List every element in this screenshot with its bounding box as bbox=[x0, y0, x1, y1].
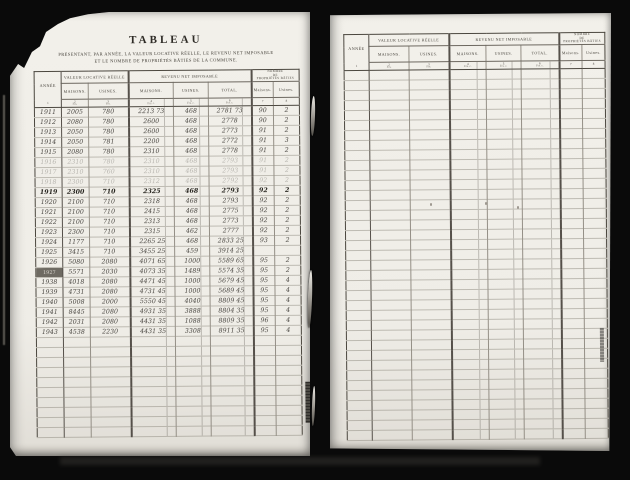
value-cell: 90 bbox=[251, 106, 273, 116]
value-cell bbox=[175, 346, 210, 356]
value-cell bbox=[523, 259, 561, 269]
col-rni-usines: USINES. bbox=[486, 45, 521, 61]
value-cell bbox=[488, 339, 523, 349]
value-cell: 8804 35 bbox=[210, 306, 253, 316]
value-cell bbox=[585, 408, 608, 418]
value-cell bbox=[211, 426, 254, 436]
value-cell: 2 bbox=[273, 105, 299, 115]
value-cell bbox=[523, 339, 561, 349]
value-cell: 2300 bbox=[62, 227, 89, 237]
value-cell bbox=[561, 319, 584, 329]
value-cell: 4471 45 bbox=[130, 276, 175, 286]
year-cell bbox=[345, 220, 370, 230]
value-cell bbox=[369, 90, 409, 100]
value-cell bbox=[451, 249, 488, 259]
value-cell bbox=[276, 365, 302, 375]
value-cell bbox=[451, 339, 488, 349]
value-cell bbox=[275, 245, 301, 255]
value-cell bbox=[584, 238, 607, 248]
value-cell bbox=[489, 399, 524, 409]
col-nb-maisons: Maisons. bbox=[251, 82, 273, 98]
value-cell bbox=[409, 70, 449, 80]
value-cell bbox=[487, 229, 522, 239]
value-cell bbox=[175, 336, 210, 346]
value-cell bbox=[560, 169, 583, 179]
value-cell bbox=[585, 348, 608, 358]
value-cell bbox=[91, 417, 131, 427]
value-cell: 459 bbox=[175, 246, 210, 256]
value-cell: 2080 bbox=[90, 317, 130, 327]
year-cell: 1940 bbox=[36, 297, 63, 307]
year-cell: 1926 bbox=[36, 257, 63, 267]
value-cell bbox=[254, 415, 276, 425]
col-num: 8 bbox=[582, 60, 605, 68]
left-register-table: ANNÉE VALEUR LOCATIVE RÉELLE REVENU NET … bbox=[34, 69, 303, 438]
value-cell bbox=[276, 425, 302, 435]
value-cell: 2781 73 bbox=[208, 106, 251, 116]
value-cell bbox=[583, 138, 606, 148]
year-cell: 1911 bbox=[34, 107, 61, 117]
value-cell bbox=[561, 279, 584, 289]
value-cell bbox=[412, 410, 452, 420]
value-cell bbox=[412, 370, 452, 380]
value-cell bbox=[562, 369, 585, 379]
value-cell bbox=[560, 159, 583, 169]
value-cell bbox=[488, 239, 523, 249]
value-cell bbox=[521, 69, 559, 79]
value-cell: 8911 35 bbox=[210, 326, 253, 336]
value-cell bbox=[253, 246, 275, 256]
value-cell bbox=[276, 395, 302, 405]
year-cell bbox=[37, 377, 64, 387]
value-cell bbox=[524, 349, 562, 359]
value-cell bbox=[63, 337, 90, 347]
value-cell: 2793 bbox=[209, 196, 252, 206]
value-cell bbox=[176, 396, 211, 406]
value-cell bbox=[371, 280, 411, 290]
value-cell: 2 bbox=[275, 265, 301, 275]
value-cell bbox=[584, 248, 607, 258]
year-cell bbox=[37, 407, 64, 417]
value-cell: 2310 bbox=[62, 157, 89, 167]
value-cell: 3308 bbox=[175, 326, 210, 336]
year-cell bbox=[345, 150, 370, 160]
value-cell: 2080 bbox=[90, 287, 130, 297]
value-cell bbox=[487, 149, 522, 159]
year-cell: 1924 bbox=[36, 237, 63, 247]
value-cell bbox=[211, 416, 254, 426]
value-cell bbox=[487, 119, 522, 129]
value-cell: 2030 bbox=[90, 267, 130, 277]
value-cell: 710 bbox=[90, 247, 130, 257]
year-cell bbox=[347, 400, 372, 410]
value-cell bbox=[560, 119, 583, 129]
year-cell: 1941 bbox=[36, 307, 63, 317]
year-cell bbox=[347, 410, 372, 420]
value-cell bbox=[411, 300, 451, 310]
value-cell bbox=[488, 329, 523, 339]
year-cell: 1922 bbox=[35, 217, 62, 227]
value-cell bbox=[562, 359, 585, 369]
left-table-body: 191120057802213 734682781 73902191220807… bbox=[34, 105, 302, 437]
year-cell bbox=[347, 390, 372, 400]
value-cell bbox=[584, 318, 607, 328]
value-cell: 2080 bbox=[90, 257, 130, 267]
year-cell bbox=[346, 260, 371, 270]
year-cell: 1942 bbox=[36, 317, 63, 327]
value-cell bbox=[412, 430, 452, 440]
value-cell: 2793 bbox=[209, 156, 252, 166]
col-rni-usines: USINES. bbox=[173, 82, 208, 98]
edge-stamp-right bbox=[600, 328, 604, 362]
value-cell bbox=[275, 335, 301, 345]
value-cell bbox=[524, 369, 562, 379]
value-cell bbox=[176, 376, 211, 386]
value-cell bbox=[488, 269, 523, 279]
value-cell bbox=[488, 279, 523, 289]
value-cell bbox=[410, 230, 450, 240]
value-cell: 4040 bbox=[175, 296, 210, 306]
value-cell bbox=[275, 345, 301, 355]
value-cell bbox=[411, 280, 451, 290]
value-cell bbox=[371, 320, 411, 330]
value-cell: 2312 bbox=[129, 176, 174, 186]
col-annee: ANNÉE bbox=[34, 71, 61, 99]
value-cell bbox=[450, 229, 487, 239]
value-cell: 91 bbox=[252, 146, 274, 156]
value-cell: 710 bbox=[89, 207, 129, 217]
year-cell bbox=[346, 300, 371, 310]
value-cell bbox=[91, 357, 131, 367]
value-cell bbox=[583, 208, 606, 218]
value-cell bbox=[410, 220, 450, 230]
value-cell bbox=[63, 347, 90, 357]
value-cell bbox=[450, 179, 487, 189]
value-cell bbox=[524, 409, 562, 419]
value-cell bbox=[370, 190, 410, 200]
value-cell: 8445 bbox=[63, 307, 90, 317]
value-cell bbox=[560, 179, 583, 189]
value-cell bbox=[585, 358, 608, 368]
value-cell bbox=[64, 397, 91, 407]
year-cell bbox=[346, 240, 371, 250]
value-cell: 92 bbox=[252, 216, 274, 226]
value-cell: 5689 45 bbox=[210, 286, 253, 296]
value-cell bbox=[91, 427, 131, 437]
value-cell bbox=[451, 329, 488, 339]
value-cell bbox=[583, 158, 606, 168]
value-cell bbox=[486, 89, 521, 99]
value-cell: 781 bbox=[89, 137, 129, 147]
value-cell bbox=[370, 220, 410, 230]
value-cell bbox=[91, 377, 131, 387]
value-cell bbox=[524, 429, 562, 439]
value-cell bbox=[488, 249, 523, 259]
value-cell bbox=[522, 119, 560, 129]
value-cell: 93 bbox=[253, 236, 275, 246]
value-cell bbox=[412, 390, 452, 400]
col-nb-usines: Usines. bbox=[273, 81, 299, 97]
value-cell bbox=[369, 80, 409, 90]
value-cell: 468 bbox=[173, 106, 208, 116]
value-cell: 2230 bbox=[90, 327, 130, 337]
value-cell bbox=[452, 349, 489, 359]
value-cell bbox=[489, 359, 524, 369]
value-cell bbox=[585, 378, 608, 388]
value-cell bbox=[254, 425, 276, 435]
binding-stitch bbox=[311, 386, 315, 426]
value-cell bbox=[410, 160, 450, 170]
value-cell: 2050 bbox=[62, 137, 89, 147]
value-cell bbox=[487, 219, 522, 229]
value-cell: 2600 bbox=[129, 126, 174, 136]
value-cell bbox=[584, 268, 607, 278]
value-cell bbox=[559, 89, 582, 99]
value-cell bbox=[411, 260, 451, 270]
value-cell bbox=[487, 129, 522, 139]
empty-row bbox=[37, 425, 302, 437]
value-cell bbox=[489, 389, 524, 399]
value-cell: 4 bbox=[275, 275, 301, 285]
value-cell bbox=[523, 299, 561, 309]
value-cell bbox=[559, 109, 582, 119]
col-rni-total: TOTAL. bbox=[521, 45, 559, 61]
value-cell: 2080 bbox=[61, 117, 88, 127]
value-cell bbox=[487, 139, 522, 149]
value-cell bbox=[211, 376, 254, 386]
value-cell: 468 bbox=[175, 236, 210, 246]
group-nombre-proprietes: NOMBRE DE PROPRIÉTÉS BÂTIES bbox=[559, 32, 605, 44]
value-cell: 2310 bbox=[62, 167, 89, 177]
value-cell bbox=[560, 189, 583, 199]
value-cell: 2310 bbox=[129, 156, 174, 166]
value-cell bbox=[451, 279, 488, 289]
document-subtitle: PRÉSENTANT, PAR ANNÉE, LA VALEUR LOCATIV… bbox=[33, 49, 298, 66]
value-cell bbox=[64, 407, 91, 417]
year-cell bbox=[344, 70, 369, 80]
value-cell: 780 bbox=[88, 107, 128, 117]
value-cell bbox=[371, 250, 411, 260]
year-cell bbox=[345, 130, 370, 140]
value-cell bbox=[412, 360, 452, 370]
value-cell: 2080 bbox=[90, 277, 130, 287]
value-cell: 2 bbox=[275, 255, 301, 265]
value-cell bbox=[450, 129, 487, 139]
value-cell: 2315 bbox=[129, 226, 174, 236]
value-cell bbox=[450, 149, 487, 159]
value-cell: 5550 45 bbox=[130, 296, 175, 306]
value-cell bbox=[372, 380, 412, 390]
page-title: TABLEAU bbox=[33, 33, 298, 47]
value-cell bbox=[176, 426, 211, 436]
year-cell bbox=[37, 357, 64, 367]
value-cell bbox=[253, 345, 275, 355]
value-cell bbox=[370, 200, 410, 210]
value-cell bbox=[176, 406, 211, 416]
value-cell bbox=[488, 309, 523, 319]
value-cell bbox=[450, 209, 487, 219]
value-cell: 2300 bbox=[62, 187, 89, 197]
value-cell bbox=[487, 169, 522, 179]
value-cell: 5589 65 bbox=[210, 256, 253, 266]
value-cell bbox=[488, 259, 523, 269]
col-rni-total: TOTAL. bbox=[208, 82, 251, 98]
value-cell bbox=[487, 189, 522, 199]
value-cell bbox=[372, 420, 412, 430]
value-cell: 2772 bbox=[209, 136, 252, 146]
value-cell bbox=[131, 416, 176, 426]
value-cell bbox=[523, 269, 561, 279]
value-cell: 462 bbox=[174, 226, 209, 236]
value-cell bbox=[370, 120, 410, 130]
value-cell bbox=[560, 209, 583, 219]
value-cell bbox=[583, 228, 606, 238]
year-cell bbox=[37, 417, 64, 427]
value-cell: 2325 bbox=[129, 186, 174, 196]
empty-row bbox=[347, 428, 608, 440]
year-cell bbox=[345, 190, 370, 200]
value-cell bbox=[449, 89, 486, 99]
value-cell: 90 bbox=[251, 116, 273, 126]
value-cell bbox=[371, 260, 411, 270]
value-cell: 2773 bbox=[209, 126, 252, 136]
value-cell bbox=[489, 369, 524, 379]
value-cell bbox=[585, 388, 608, 398]
value-cell bbox=[452, 429, 489, 439]
year-cell bbox=[345, 120, 370, 130]
value-cell bbox=[452, 369, 489, 379]
value-cell bbox=[64, 427, 91, 437]
value-cell bbox=[370, 230, 410, 240]
value-cell bbox=[522, 139, 560, 149]
value-cell bbox=[584, 288, 607, 298]
value-cell bbox=[410, 150, 450, 160]
value-cell: 468 bbox=[174, 156, 209, 166]
value-cell bbox=[561, 269, 584, 279]
year-cell bbox=[345, 230, 370, 240]
value-cell: 95 bbox=[253, 265, 275, 275]
value-cell: 2000 bbox=[90, 297, 130, 307]
value-cell bbox=[211, 396, 254, 406]
value-cell bbox=[523, 329, 561, 339]
value-cell bbox=[561, 329, 584, 339]
value-cell: 4731 45 bbox=[130, 286, 175, 296]
value-cell: 1000 bbox=[175, 256, 210, 266]
page-bottom-shadow bbox=[60, 457, 540, 465]
value-cell: 2213 73 bbox=[128, 106, 173, 116]
value-cell bbox=[559, 79, 582, 89]
value-cell: 780 bbox=[89, 127, 129, 137]
value-cell bbox=[583, 178, 606, 188]
value-cell bbox=[450, 169, 487, 179]
value-cell: 92 bbox=[252, 176, 274, 186]
value-cell bbox=[451, 239, 488, 249]
col-vl-maisons: MAISONS. bbox=[369, 46, 409, 62]
value-cell bbox=[91, 387, 131, 397]
value-cell: 710 bbox=[89, 187, 129, 197]
value-cell: 2773 bbox=[209, 216, 252, 226]
year-cell: 1943 bbox=[36, 327, 63, 337]
value-cell bbox=[372, 360, 412, 370]
value-cell: 4538 bbox=[63, 327, 90, 337]
value-cell: 1177 bbox=[63, 237, 90, 247]
year-cell: 1923 bbox=[35, 227, 62, 237]
value-cell bbox=[488, 299, 523, 309]
value-cell bbox=[412, 400, 452, 410]
value-cell: 2 bbox=[274, 125, 300, 135]
value-cell bbox=[411, 340, 451, 350]
value-cell: 91 bbox=[252, 136, 274, 146]
value-cell bbox=[371, 270, 411, 280]
year-cell bbox=[347, 420, 372, 430]
right-table-header: ANNÉE VALEUR LOCATIVE RÉELLE REVENU NET … bbox=[344, 32, 605, 70]
value-cell bbox=[176, 386, 211, 396]
value-cell bbox=[585, 418, 608, 428]
value-cell bbox=[211, 406, 254, 416]
year-cell: 1920 bbox=[35, 197, 62, 207]
value-cell bbox=[560, 199, 583, 209]
value-cell bbox=[370, 150, 410, 160]
binding-stitch bbox=[310, 96, 315, 136]
value-cell bbox=[371, 340, 411, 350]
value-cell: 4 bbox=[275, 305, 301, 315]
value-cell: 2777 bbox=[209, 226, 252, 236]
value-cell bbox=[585, 398, 608, 408]
value-cell bbox=[583, 148, 606, 158]
value-cell bbox=[254, 375, 276, 385]
value-cell: 5080 bbox=[63, 257, 90, 267]
year-cell bbox=[344, 90, 369, 100]
value-cell bbox=[559, 99, 582, 109]
right-page-content: ANNÉE VALEUR LOCATIVE RÉELLE REVENU NET … bbox=[328, 12, 613, 452]
value-cell bbox=[91, 367, 131, 377]
value-cell bbox=[131, 406, 176, 416]
ink-speck bbox=[485, 202, 487, 205]
year-cell bbox=[347, 370, 372, 380]
value-cell bbox=[254, 365, 276, 375]
value-cell bbox=[582, 98, 605, 108]
value-cell bbox=[489, 349, 524, 359]
value-cell bbox=[370, 180, 410, 190]
value-cell bbox=[450, 159, 487, 169]
value-cell: 5571 bbox=[63, 267, 90, 277]
year-cell bbox=[346, 340, 371, 350]
value-cell bbox=[523, 249, 561, 259]
value-cell bbox=[131, 426, 176, 436]
value-cell bbox=[561, 289, 584, 299]
value-cell bbox=[560, 129, 583, 139]
value-cell: 2300 bbox=[62, 177, 89, 187]
year-cell bbox=[345, 170, 370, 180]
ink-speck bbox=[517, 206, 519, 209]
value-cell bbox=[583, 198, 606, 208]
value-cell bbox=[560, 149, 583, 159]
value-cell: 1000 bbox=[175, 276, 210, 286]
value-cell bbox=[452, 399, 489, 409]
value-cell: 3415 bbox=[63, 247, 90, 257]
value-cell bbox=[450, 189, 487, 199]
group-revenu-net: REVENU NET IMPOSABLE bbox=[128, 70, 251, 83]
value-cell: 2600 bbox=[128, 116, 173, 126]
value-cell: 2 bbox=[274, 195, 300, 205]
value-cell bbox=[91, 407, 131, 417]
group-nombre-proprietes: NOMBRE DE PROPRIÉTÉS BÂTIES bbox=[251, 69, 299, 81]
year-cell: 1918 bbox=[35, 177, 62, 187]
year-cell bbox=[345, 140, 370, 150]
value-cell bbox=[452, 359, 489, 369]
left-page-content: TABLEAU PRÉSENTANT, PAR ANNÉE, LA VALEUR… bbox=[8, 11, 312, 458]
value-cell: 2 bbox=[274, 215, 300, 225]
